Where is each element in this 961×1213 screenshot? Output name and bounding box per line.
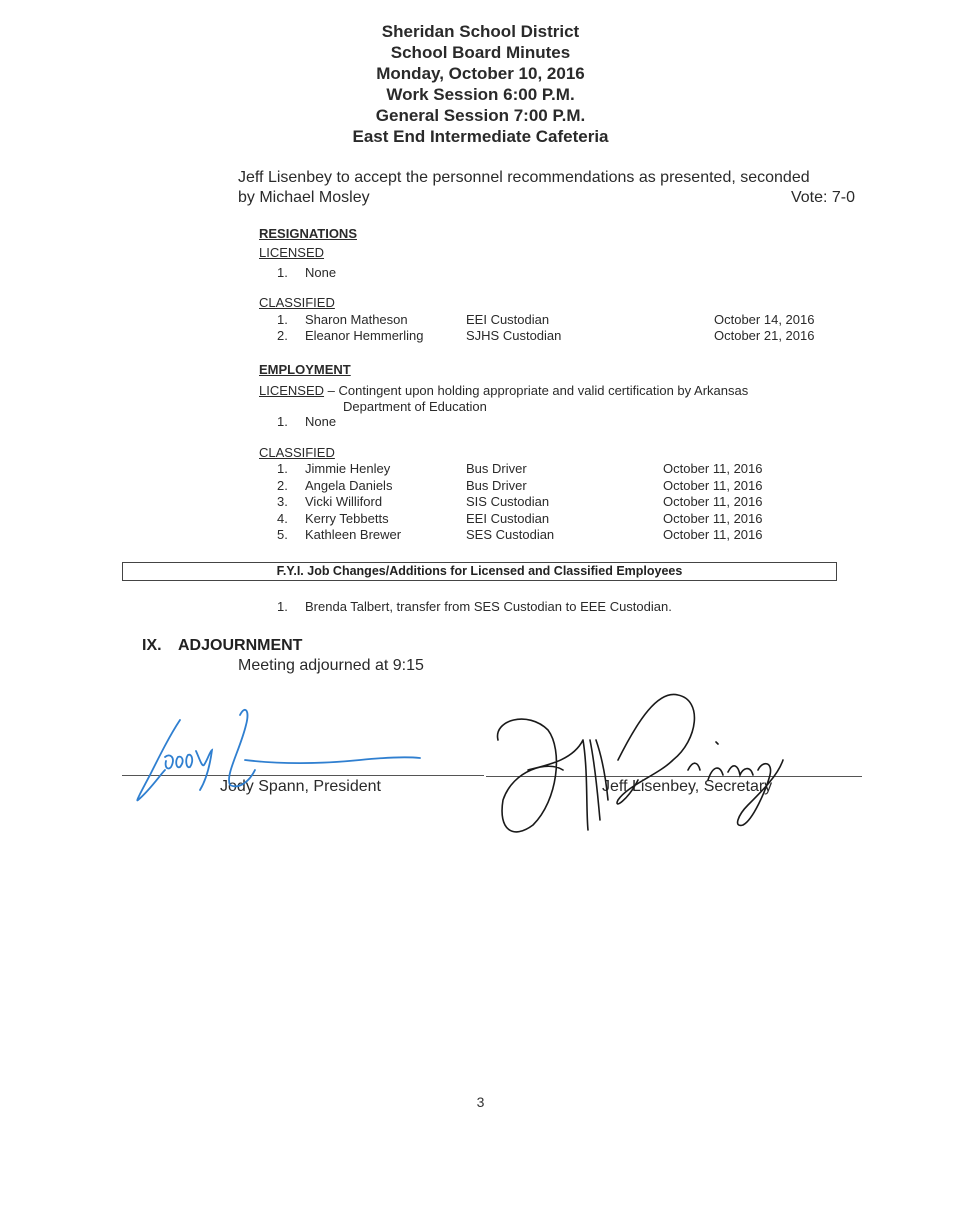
- item-date: October 11, 2016: [663, 527, 763, 543]
- item-number: 2.: [277, 478, 288, 494]
- general-session-time: General Session 7:00 P.M.: [0, 105, 961, 126]
- page-number: 3: [0, 1094, 961, 1110]
- item-position: EEI Custodian: [466, 312, 549, 328]
- adjournment-text: Meeting adjourned at 9:15: [238, 657, 424, 675]
- item-number: 1.: [277, 265, 288, 281]
- item-number: 3.: [277, 494, 288, 510]
- item-number: 4.: [277, 511, 288, 527]
- item-date: October 11, 2016: [663, 478, 763, 494]
- item-position: SIS Custodian: [466, 494, 549, 510]
- fyi-item-text: Brenda Talbert, transfer from SES Custod…: [305, 599, 672, 615]
- item-number: 2.: [277, 328, 288, 344]
- item-number: 1.: [277, 461, 288, 477]
- president-signature-icon: [130, 695, 430, 810]
- employment-licensed-line: LICENSED – Contingent upon holding appro…: [259, 383, 748, 398]
- meeting-date: Monday, October 10, 2016: [0, 63, 961, 84]
- item-number: 1.: [277, 414, 288, 430]
- work-session-time: Work Session 6:00 P.M.: [0, 84, 961, 105]
- item-position: Bus Driver: [466, 461, 527, 477]
- item-name: Angela Daniels: [305, 478, 392, 494]
- item-name: Sharon Matheson: [305, 312, 408, 328]
- adjournment-heading: IX.ADJOURNMENT: [142, 637, 302, 655]
- section-title: ADJOURNMENT: [178, 637, 302, 654]
- item-name: None: [305, 414, 336, 430]
- item-name: Eleanor Hemmerling: [305, 328, 424, 344]
- secretary-signature-icon: [488, 680, 788, 840]
- vote-result: Vote: 7-0: [791, 188, 855, 208]
- fyi-heading-box: F.Y.I. Job Changes/Additions for License…: [122, 562, 837, 581]
- motion-text: Jeff Lisenbey to accept the personnel re…: [238, 168, 810, 208]
- motion-line-1: Jeff Lisenbey to accept the personnel re…: [238, 168, 810, 188]
- motion-line-2: by Michael Mosley: [238, 188, 810, 208]
- district-name: Sheridan School District: [0, 21, 961, 42]
- document-type: School Board Minutes: [0, 42, 961, 63]
- section-numeral: IX.: [142, 637, 178, 655]
- document-header: Sheridan School District School Board Mi…: [0, 21, 961, 147]
- item-number: 1.: [277, 599, 288, 615]
- employment-classified-label: CLASSIFIED: [259, 445, 335, 460]
- item-position: EEI Custodian: [466, 511, 549, 527]
- employment-licensed-label: LICENSED: [259, 383, 324, 398]
- item-name: Jimmie Henley: [305, 461, 390, 477]
- meeting-location: East End Intermediate Cafeteria: [0, 126, 961, 147]
- resignations-classified-label: CLASSIFIED: [259, 295, 335, 310]
- item-position: Bus Driver: [466, 478, 527, 494]
- item-name: Vicki Williford: [305, 494, 382, 510]
- resignations-licensed-label: LICENSED: [259, 245, 324, 260]
- item-date: October 11, 2016: [663, 494, 763, 510]
- item-name: Kathleen Brewer: [305, 527, 401, 543]
- licensed-note-line-1: – Contingent upon holding appropriate an…: [324, 383, 748, 398]
- item-name: None: [305, 265, 336, 281]
- item-date: October 21, 2016: [714, 328, 814, 344]
- employment-heading: EMPLOYMENT: [259, 362, 351, 377]
- item-number: 5.: [277, 527, 288, 543]
- item-date: October 11, 2016: [663, 511, 763, 527]
- item-name: Kerry Tebbetts: [305, 511, 389, 527]
- item-date: October 11, 2016: [663, 461, 763, 477]
- licensed-note-line-2: Department of Education: [343, 399, 487, 414]
- item-date: October 14, 2016: [714, 312, 814, 328]
- item-position: SJHS Custodian: [466, 328, 561, 344]
- item-position: SES Custodian: [466, 527, 554, 543]
- resignations-heading: RESIGNATIONS: [259, 226, 357, 241]
- item-number: 1.: [277, 312, 288, 328]
